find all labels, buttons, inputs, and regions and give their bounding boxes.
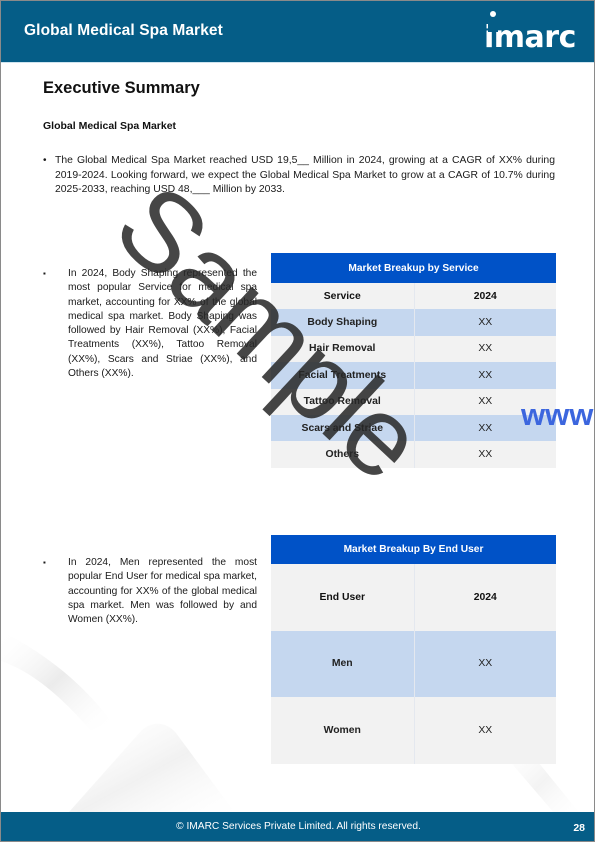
page-footer: © IMARC Services Private Limited. All ri… [1, 812, 595, 842]
row-value: XX [414, 441, 556, 467]
logo-dot-icon [490, 11, 496, 17]
table-row: Hair Removal XX [271, 336, 556, 362]
row-value: XX [414, 389, 556, 415]
page-header: Global Medical Spa Market imarc [1, 1, 595, 63]
row-label: Facial Treatments [271, 362, 414, 388]
end-user-paragraph: ▪ In 2024, Men represented the most popu… [43, 556, 257, 627]
table-row: Men XX [271, 631, 556, 698]
table-row: Body Shaping XX [271, 309, 556, 335]
logo-mask [488, 24, 498, 32]
end-user-paragraph-text: In 2024, Men represented the most popula… [43, 556, 257, 627]
section-subtitle: Global Medical Spa Market [43, 120, 176, 132]
imarc-logo: imarc [484, 10, 584, 50]
row-label: Body Shaping [271, 309, 414, 335]
square-bullet-icon: ▪ [43, 556, 46, 570]
row-label: Others [271, 441, 414, 467]
page-number: 28 [573, 822, 585, 834]
section-title: Executive Summary [43, 79, 200, 98]
row-label: Women [271, 697, 414, 764]
header-title: Global Medical Spa Market [24, 22, 223, 40]
service-paragraph: ▪ In 2024, Body Shaping represented the … [43, 267, 257, 381]
intro-text: The Global Medical Spa Market reached US… [43, 154, 555, 198]
table-row: Scars and Striae XX [271, 415, 556, 441]
table-row: Facial Treatments XX [271, 362, 556, 388]
column-header: 2024 [414, 564, 556, 631]
row-value: XX [414, 415, 556, 441]
row-value: XX [414, 336, 556, 362]
row-value: XX [414, 362, 556, 388]
row-label: Scars and Striae [271, 415, 414, 441]
bullet-icon: • [43, 154, 47, 169]
row-label: Hair Removal [271, 336, 414, 362]
row-value: XX [414, 309, 556, 335]
copyright-text: © IMARC Services Private Limited. All ri… [1, 821, 595, 832]
table-caption: Market Breakup By End User [271, 535, 556, 564]
square-bullet-icon: ▪ [43, 267, 46, 281]
row-label: Tattoo Removal [271, 389, 414, 415]
column-header: Service [271, 283, 414, 309]
row-label: Men [271, 631, 414, 698]
intro-paragraph: • The Global Medical Spa Market reached … [43, 154, 555, 198]
column-header: 2024 [414, 283, 556, 309]
table-row: Women XX [271, 697, 556, 764]
service-paragraph-text: In 2024, Body Shaping represented the mo… [43, 267, 257, 381]
column-header: End User [271, 564, 414, 631]
table-row: Tattoo Removal XX [271, 389, 556, 415]
row-value: XX [414, 631, 556, 698]
table-header-row: End User 2024 [271, 564, 556, 631]
report-page: Global Medical Spa Market imarc Executiv… [0, 0, 595, 842]
table-row: Others XX [271, 441, 556, 467]
row-value: XX [414, 697, 556, 764]
table-caption: Market Breakup by Service [271, 253, 556, 283]
service-breakup-table: Market Breakup by Service Service 2024 B… [271, 253, 556, 468]
table-header-row: Service 2024 [271, 283, 556, 309]
end-user-breakup-table: Market Breakup By End User End User 2024… [271, 535, 556, 764]
